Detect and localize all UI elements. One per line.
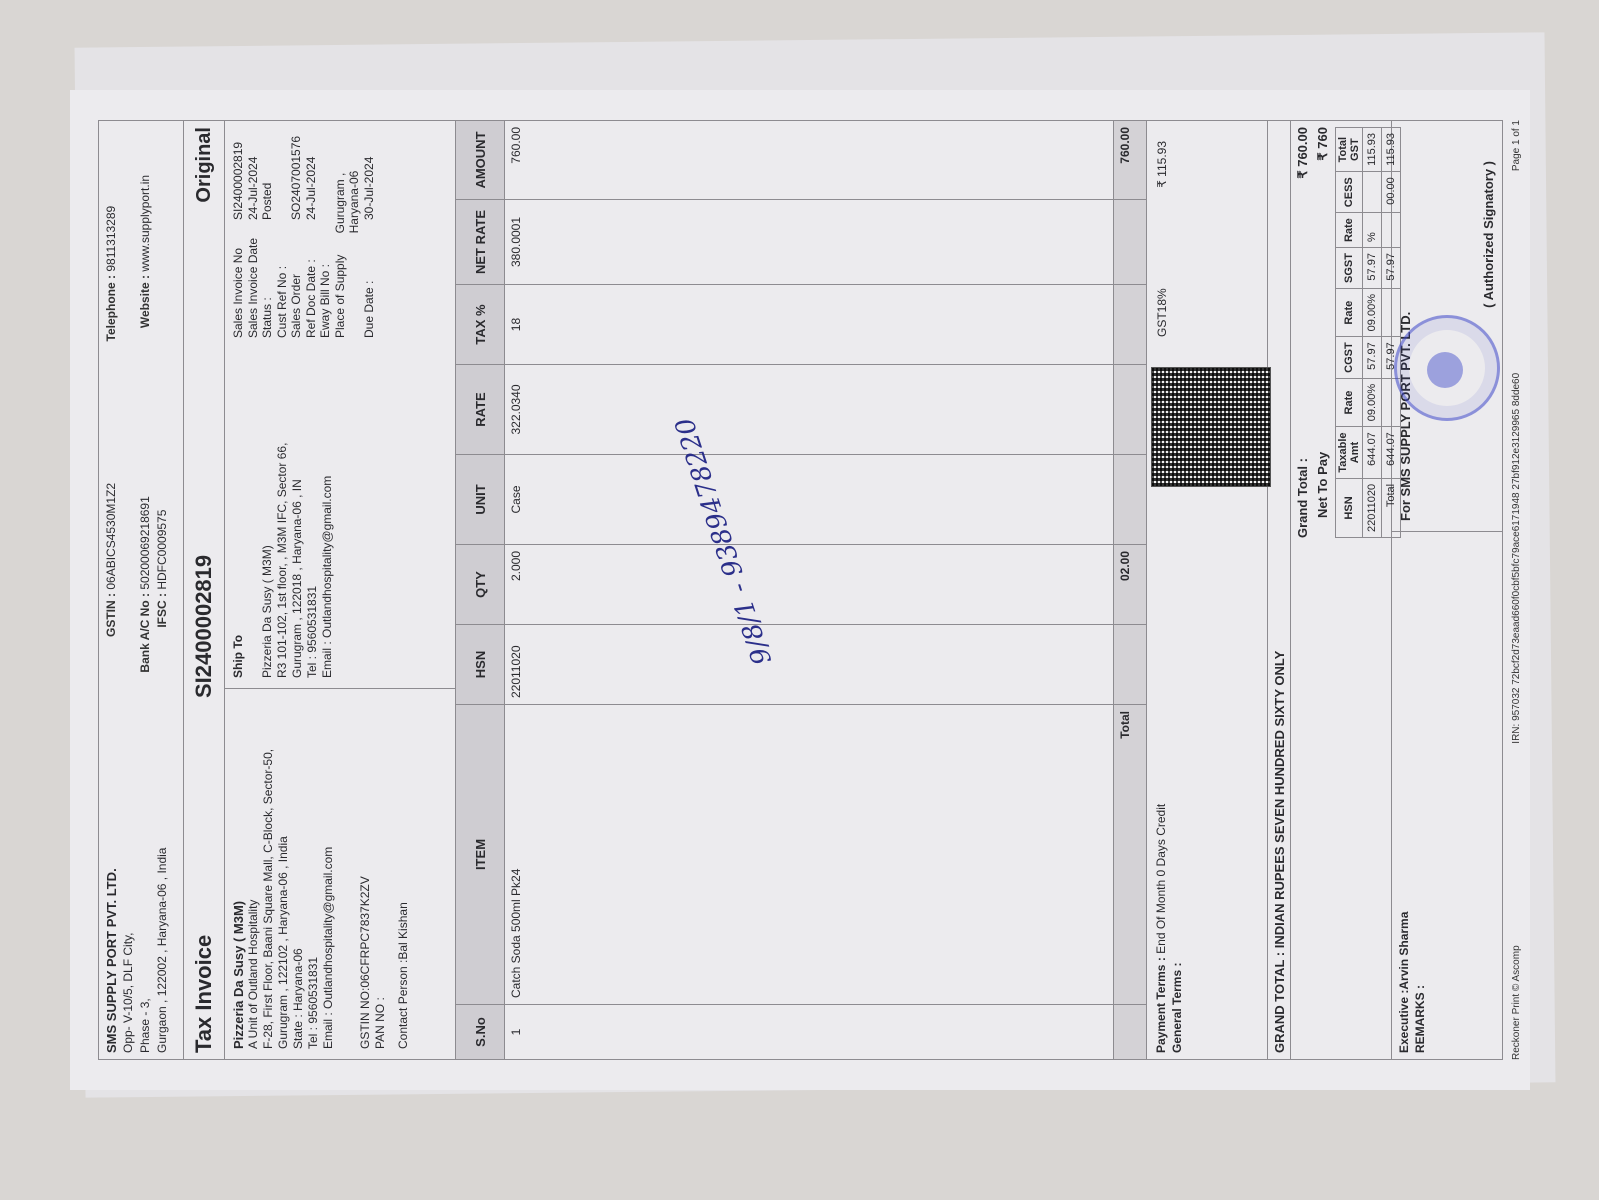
- grand-total-label: Grand Total :: [1295, 458, 1315, 538]
- for-company: For SMS SUPPLY PORT PVT. LTD.: [1398, 131, 1413, 521]
- gst-label: GST18%: [1155, 288, 1169, 337]
- bank-account: 50200069218691: [138, 496, 152, 589]
- cell-unit: Case: [505, 455, 1114, 545]
- copy-label: Original: [193, 127, 216, 203]
- col-sno: S.No: [456, 1005, 505, 1060]
- gst-col: Rate: [1336, 289, 1363, 337]
- gst-col: Taxable Amt: [1336, 427, 1363, 479]
- col-tax: TAX %: [456, 285, 505, 365]
- gst-value: ₹ 115.93: [1155, 141, 1169, 188]
- meta-key: Ref Doc Date :: [304, 220, 319, 338]
- signature-section: Executive :Arvin Sharma REMARKS : For SM…: [1392, 120, 1503, 1060]
- seller-name: SMS SUPPLY PORT PVT. LTD.: [103, 693, 120, 1053]
- col-hsn: HSN: [456, 625, 505, 705]
- cell-rate: 322.0340: [505, 365, 1114, 455]
- gst-cell: 22011020: [1363, 478, 1382, 537]
- cell-tax: 18: [505, 285, 1114, 365]
- gst-row: 22011020 644.07 09.00% 57.97 09.00% 57.9…: [1363, 128, 1382, 538]
- buyer-line: A Unit of Outland Hospitality: [246, 699, 261, 1049]
- gst-col: Rate: [1336, 378, 1363, 426]
- bill-to: Pizzeria Da Susy ( M3M) A Unit of Outlan…: [225, 688, 455, 1059]
- gst-col: CGST: [1336, 337, 1363, 379]
- title-bar: Tax Invoice SI2400002819 Original: [183, 120, 224, 1060]
- ship-line: R3 101-102, 1st floor, , M3M IFC, Sector…: [275, 348, 290, 678]
- gst-col: SGST: [1336, 248, 1363, 289]
- payment-terms: End Of Month 0 Days Credit: [1154, 804, 1168, 954]
- gst-cell: 115.93: [1363, 128, 1382, 172]
- authorized-signatory: ( Authorized Signatory ): [1481, 161, 1496, 308]
- gst-cell: [1363, 172, 1382, 213]
- cell-qty: 2.000: [505, 545, 1114, 625]
- ifsc-code: HDFC0009575: [155, 510, 169, 590]
- meta-key: Cust Ref No :: [275, 220, 290, 338]
- document-type: Tax Invoice: [191, 698, 217, 1053]
- ifsc-label: IFSC :: [154, 593, 171, 681]
- invoice-meta: Sales Invoice NoSI2400002819 Sales Invoi…: [225, 121, 455, 338]
- ship-line: Gurugram , 122018 , Haryana-06 , IN: [290, 348, 305, 678]
- gst-cell: 644.07: [1363, 427, 1382, 479]
- buyer-pan: PAN NO :: [373, 699, 388, 1049]
- meta-key: Place of Supply: [333, 233, 362, 338]
- col-net-rate: NET RATE: [456, 200, 505, 285]
- grand-total-words: GRAND TOTAL : INDIAN RUPEES SEVEN HUNDRE…: [1268, 120, 1291, 1060]
- ship-line: Tel : 9560531831: [305, 348, 320, 678]
- payment-terms-label: Payment Terms :: [1154, 957, 1168, 1053]
- qr-code-icon: [1151, 367, 1271, 487]
- parties-section: Pizzeria Da Susy ( M3M) A Unit of Outlan…: [224, 120, 455, 1060]
- gst-col: CESS: [1336, 172, 1363, 213]
- seller-gstin: 06ABICS4530M1Z2: [104, 483, 118, 590]
- ship-line: Email : Outlandhospitality@gmail.com: [320, 348, 335, 678]
- meta-value: 24-Jul-2024: [304, 157, 319, 220]
- seller-address-line: Gurgaon , 122002 , Haryana-06 , India: [154, 693, 171, 1053]
- meta-key: Sales Order: [289, 220, 304, 338]
- website-label: Website :: [137, 275, 154, 349]
- terms-section: Payment Terms : End Of Month 0 Days Cred…: [1147, 120, 1268, 1060]
- cell-hsn: 22011020: [505, 625, 1114, 705]
- gstin-label: GSTIN :: [103, 593, 120, 681]
- gst-cell: 57.97: [1363, 337, 1382, 379]
- telephone-label: Telephone :: [103, 275, 120, 349]
- net-to-pay-value: ₹ 760: [1315, 127, 1335, 161]
- buyer-name: Pizzeria Da Susy ( M3M): [231, 699, 246, 1049]
- seller-address-line: Opp- V-10/5, DLF City,: [120, 693, 137, 1053]
- gst-col: HSN: [1336, 478, 1363, 537]
- seller-header: SMS SUPPLY PORT PVT. LTD. Opp- V-10/5, D…: [98, 120, 183, 1060]
- remarks-label: REMARKS :: [1412, 538, 1428, 1053]
- general-terms-label: General Terms :: [1170, 963, 1184, 1053]
- meta-key: Sales Invoice Date: [246, 220, 261, 338]
- total-label: Total: [1114, 705, 1147, 1005]
- col-unit: UNIT: [456, 455, 505, 545]
- cell-sno: 1: [505, 1005, 1114, 1060]
- contact-person: Contact Person :Bal Kishan: [396, 699, 411, 1049]
- gst-cell: 09.00%: [1363, 378, 1382, 426]
- gst-cell: %: [1363, 213, 1382, 248]
- meta-value: SI2400002819: [231, 142, 246, 220]
- invoice-sheet: SMS SUPPLY PORT PVT. LTD. Opp- V-10/5, D…: [70, 90, 1530, 1090]
- meta-value: Posted: [260, 183, 275, 220]
- ship-to-heading: Ship To: [231, 348, 246, 678]
- gst-cell: 09.00%: [1363, 289, 1382, 337]
- items-table: S.No ITEM HSN QTY UNIT RATE TAX % NET RA…: [455, 120, 1147, 1060]
- meta-key: Due Date :: [362, 220, 377, 338]
- page-number: Page 1 of 1: [1511, 120, 1522, 171]
- meta-key: Sales Invoice No: [231, 220, 246, 338]
- buyer-line: State : Haryana-06: [291, 699, 306, 1049]
- total-amount: 760.00: [1114, 121, 1147, 200]
- irn: IRN: 957032 72bcf2d73eaad660f0cbf5bfc79a…: [1511, 373, 1522, 744]
- invoice-photo: SMS SUPPLY PORT PVT. LTD. Opp- V-10/5, D…: [70, 30, 1540, 1090]
- buyer-line: Gurugram , 122102 , Haryana-06 , India: [276, 699, 291, 1049]
- gst-summary: Grand Total :₹ 760.00 Net To Pay₹ 760 HS…: [1291, 120, 1392, 1060]
- buyer-line: F-28, First Floor, Baani Square Mall, C-…: [261, 699, 276, 1049]
- items-total-row: Total 02.00 760.00: [1114, 121, 1147, 1060]
- net-to-pay-label: Net To Pay: [1315, 452, 1335, 518]
- gst-cell: 57.97: [1363, 248, 1382, 289]
- meta-value: SO2407001576: [289, 136, 304, 220]
- cell-net-rate: 380.0001: [505, 200, 1114, 285]
- gst-col: Total GST: [1336, 128, 1363, 172]
- meta-key: Eway Bill No :: [318, 220, 333, 338]
- items-header-row: S.No ITEM HSN QTY UNIT RATE TAX % NET RA…: [456, 121, 505, 1060]
- meta-value: 30-Jul-2024: [362, 157, 377, 220]
- col-item: ITEM: [456, 705, 505, 1005]
- buyer-gstin: GSTIN NO:06CFRPC7837K2ZV: [358, 699, 373, 1049]
- bank-label: Bank A/C No :: [137, 593, 154, 681]
- company-stamp-icon: [1394, 315, 1500, 421]
- meta-value: 24-Jul-2024: [246, 157, 261, 220]
- meta-value: Gurugram , Haryana-06: [333, 121, 362, 233]
- gst-col: Rate: [1336, 213, 1363, 248]
- telephone: 9811313289: [104, 206, 118, 272]
- buyer-line: Email : Outlandhospitality@gmail.com: [321, 699, 336, 1049]
- table-row: 1 Catch Soda 500ml Pk24 22011020 2.000 C…: [505, 121, 1114, 1060]
- total-qty: 02.00: [1114, 545, 1147, 625]
- ship-to: Ship To Pizzeria Da Susy ( M3M) R3 101-1…: [225, 338, 455, 688]
- col-qty: QTY: [456, 545, 505, 625]
- bottom-line: Reckoner Print © Ascomp IRN: 957032 72bc…: [1503, 120, 1522, 1060]
- cell-item: Catch Soda 500ml Pk24: [505, 705, 1114, 1005]
- col-rate: RATE: [456, 365, 505, 455]
- website: www.supplyport.in: [138, 175, 152, 272]
- printed-by: Reckoner Print © Ascomp: [1511, 945, 1522, 1060]
- buyer-line: Tel : 9560531831: [306, 699, 321, 1049]
- executive: Executive :Arvin Sharma: [1396, 538, 1412, 1053]
- seller-address-line: Phase - 3,: [137, 693, 154, 1053]
- ship-line: Pizzeria Da Susy ( M3M): [260, 348, 275, 678]
- cell-amount: 760.00: [505, 121, 1114, 200]
- col-amount: AMOUNT: [456, 121, 505, 200]
- meta-key: Status :: [260, 220, 275, 338]
- invoice-number: SI2400002819: [191, 203, 217, 698]
- grand-total-value: ₹ 760.00: [1295, 127, 1315, 179]
